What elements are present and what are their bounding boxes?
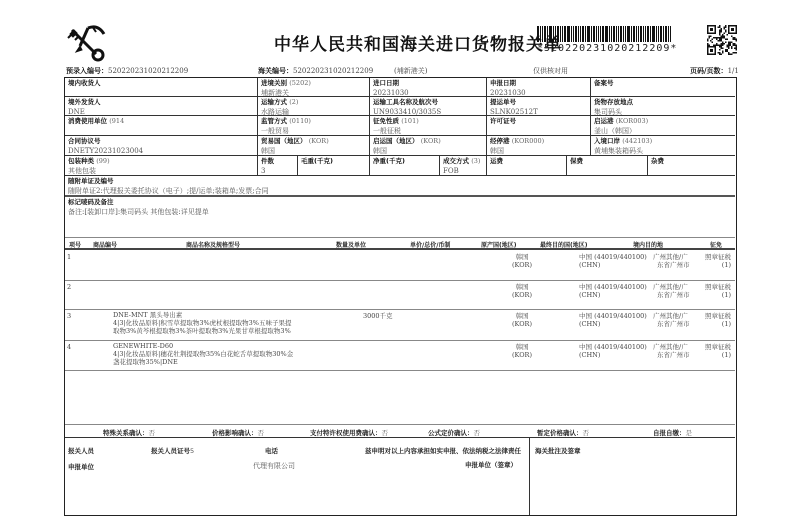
field-levy-nature: 征免性质 (101) 一般征税 <box>370 116 487 136</box>
confirm-royalty-payment: 支付特许权使用费确认：否 <box>310 428 388 437</box>
domestic-destination: 广州其他/广东省广州市 <box>653 283 690 299</box>
goods-table-header: 项号 商品编号 商品名称及规格型号 数量及单位 单价/总价/币制 原产国(地区)… <box>65 238 735 250</box>
domestic-destination: 广州其他/广东省广州市 <box>653 312 690 328</box>
field-transport-mode: 运输方式 (2) 水路运输 <box>258 97 370 116</box>
field-origin-country: 启运国（地区） (KOR) 韩国 <box>370 136 487 156</box>
page-indicator: 页码/页数：1/1 <box>690 66 739 76</box>
col-origin: 原产国(地区) <box>481 240 517 249</box>
seal-label: 申报单位（签章） <box>465 460 517 469</box>
phone-label: 电话 <box>265 446 278 455</box>
col-domestic-destination: 境内目的地 <box>633 240 663 249</box>
destination-country: 中国 (44019/440100)(CHN) <box>579 312 647 328</box>
field-consumer: 消费使用单位 (914 <box>65 116 258 136</box>
item-number: 1 <box>67 253 71 261</box>
field-storage-place: 货物存放地点 集司码头 <box>591 97 735 116</box>
goods-name-spec: DNE-MNT 黑头导出素4|3|化妆品原料|积雪草提取物3%虎杖根提取物3%五… <box>113 311 291 335</box>
col-goods-name: 商品名称及规格型号 <box>186 240 240 249</box>
field-shipper: 境外发货人 DNE <box>65 97 258 116</box>
field-misc-fee: 杂费 <box>648 156 735 176</box>
col-hs-code: 商品编号 <box>93 240 117 249</box>
col-destination-country: 最终目的国(地区) <box>540 240 588 249</box>
attached-docs-label: 随附单证及编号 <box>68 177 732 186</box>
declaration-footer: 报关人员 报关人员证号5 电话 兹申明对以上内容承担如实申报、依法纳税之法律责任… <box>65 438 735 515</box>
domestic-destination: 广州其他/广东省广州市 <box>653 343 690 359</box>
confirm-self-declare: 自报自缴：是 <box>653 428 692 437</box>
origin-country: 韩国(KOR) <box>505 253 539 269</box>
pre-entry-number: 预录入编号：520220231020212209 <box>66 66 188 76</box>
field-entry-border: 入境口岸 (442103) 黄埔集装箱码头 <box>591 136 735 156</box>
confirm-formula-pricing: 公式定价确认：否 <box>428 428 480 437</box>
document-title: 中华人民共和国海关进口货物报关单 <box>274 30 562 55</box>
destination-country: 中国 (44019/440100)(CHN) <box>579 343 647 359</box>
field-freight: 运费 <box>487 156 567 176</box>
field-record-no: 备案号 <box>591 78 735 97</box>
declarant-cert-label: 报关人员证号5 <box>151 446 194 455</box>
levy-mode: 照章征税(1) <box>687 283 731 299</box>
goods-table-row: 3DNE-MNT 黑头导出素4|3|化妆品原料|积雪草提取物3%虎杖根提取物3%… <box>65 310 735 341</box>
marks-label: 标记唛码及备注 <box>68 198 732 207</box>
field-pieces: 件数 3 <box>258 156 298 176</box>
confirm-provisional-price: 暂定价格确认：否 <box>537 428 589 437</box>
confirmation-row: 特殊关系确认：否 价格影响确认：否 支付特许权使用费确认：否 公式定价确认：否 … <box>65 424 735 438</box>
field-gross-weight: 毛重(千克) <box>298 156 370 176</box>
barcode-text: *520220231020212209* <box>537 43 702 54</box>
declarant-label: 报关人员 <box>68 446 94 455</box>
confirm-price-influence: 价格影响确认：否 <box>212 428 264 437</box>
levy-mode: 照章征税(1) <box>687 253 731 269</box>
item-number: 2 <box>67 283 71 291</box>
item-number: 3 <box>67 312 71 320</box>
goods-table-row: 2韩国(KOR)中国 (44019/440100)(CHN)广州其他/广东省广州… <box>65 281 735 310</box>
verification-note: 仅供核对用 <box>533 66 568 76</box>
col-quantity: 数量及单位 <box>336 240 366 249</box>
quantity-unit: 3000千克 <box>363 312 393 320</box>
customs-number: 海关编号：520220231020212209 <box>258 66 373 76</box>
declare-unit-value: 代理有限公司 <box>253 461 295 471</box>
barcode: *520220231020212209* <box>537 26 702 54</box>
field-declare-date: 申报日期 20231030 <box>487 78 591 97</box>
declaration-form: 境内收货人 进境关别 (5202) 埔新港关 进口日期 20231030 申报日… <box>64 77 737 516</box>
declare-unit-label: 申报单位 <box>68 462 94 471</box>
customs-remarks-label: 海关批注及签章 <box>535 446 581 455</box>
field-trade-country: 贸易国（地区） (KOR) 韩国 <box>258 136 370 156</box>
origin-country: 韩国(KOR) <box>505 343 539 359</box>
field-transaction-mode: 成交方式 (3) FOB <box>440 156 487 176</box>
field-bill-no: 提运单号 SLNK02512T <box>487 97 591 116</box>
document-header: 中华人民共和国海关进口货物报关单 *520220231020212209* <box>0 0 800 75</box>
goods-name-spec: GENEWHITE-D604|3|化妆品原料|穗花牡荆提取物35%白花蛇舌草提取… <box>113 342 293 366</box>
field-transit-port: 经停港 (KOR000) 韩国 <box>487 136 591 156</box>
field-departure-port: 启运港 (KOR003) 釜山（韩国） <box>591 116 735 136</box>
levy-mode: 照章征税(1) <box>687 343 731 359</box>
field-vessel: 运输工具名称及航次号 UN9033410/3035S <box>370 97 487 116</box>
goods-table-row: 4GENEWHITE-D604|3|化妆品原料|穗花牡荆提取物35%白花蛇舌草提… <box>65 341 735 371</box>
col-levy: 征免 <box>710 240 722 249</box>
col-price: 单价/总价/币制 <box>410 240 450 249</box>
field-entry-port: 进境关别 (5202) 埔新港关 <box>258 78 370 97</box>
origin-country: 韩国(KOR) <box>505 312 539 328</box>
marks-value: 备注:[装卸口岸]:集司码头 其他包装:详见提单 <box>68 207 732 218</box>
confirm-special-relationship: 特殊关系确认：否 <box>103 428 155 437</box>
declarant-section: 报关人员 报关人员证号5 电话 兹申明对以上内容承担如实申报、依法纳税之法律责任… <box>65 438 530 515</box>
customs-emblem-icon <box>66 22 108 62</box>
field-insurance: 保费 <box>567 156 648 176</box>
col-item-no: 项号 <box>69 240 81 249</box>
goods-table-row: 1韩国(KOR)中国 (44019/440100)(CHN)广州其他/广东省广州… <box>65 251 735 281</box>
field-contract-no: 合同协议号 DNETY20231023004 <box>65 136 258 156</box>
field-consignee: 境内收货人 <box>65 78 258 97</box>
item-number: 4 <box>67 343 71 351</box>
domestic-destination: 广州其他/广东省广州市 <box>653 253 690 269</box>
field-package-type: 包装种类 (99) 其他包装 <box>65 156 258 176</box>
attached-docs-value: 随附单证2:代理报关委托协议（电子）;提/运单;装箱单;发票;合同 <box>68 186 732 197</box>
field-license-no: 许可证号 <box>487 116 591 136</box>
barcode-bars <box>537 26 697 42</box>
origin-country: 韩国(KOR) <box>505 283 539 299</box>
field-net-weight: 净重(千克) <box>370 156 440 176</box>
marks-section: 标记唛码及备注 备注:[装卸口岸]:集司码头 其他包装:详见提单 <box>65 197 735 238</box>
destination-country: 中国 (44019/440100)(CHN) <box>579 283 647 299</box>
destination-country: 中国 (44019/440100)(CHN) <box>579 253 647 269</box>
attached-docs-section: 随附单证及编号 随附单证2:代理报关委托协议（电子）;提/运单;装箱单;发票;合… <box>65 176 735 197</box>
levy-mode: 照章征税(1) <box>687 312 731 328</box>
field-import-date: 进口日期 20231030 <box>370 78 487 97</box>
qr-code-icon <box>707 25 737 55</box>
field-supervision: 监管方式 (0110) 一般贸易 <box>258 116 370 136</box>
customs-office: (埔新港关) <box>394 66 427 76</box>
legal-statement: 兹申明对以上内容承担如实申报、依法纳税之法律责任 <box>365 446 521 455</box>
